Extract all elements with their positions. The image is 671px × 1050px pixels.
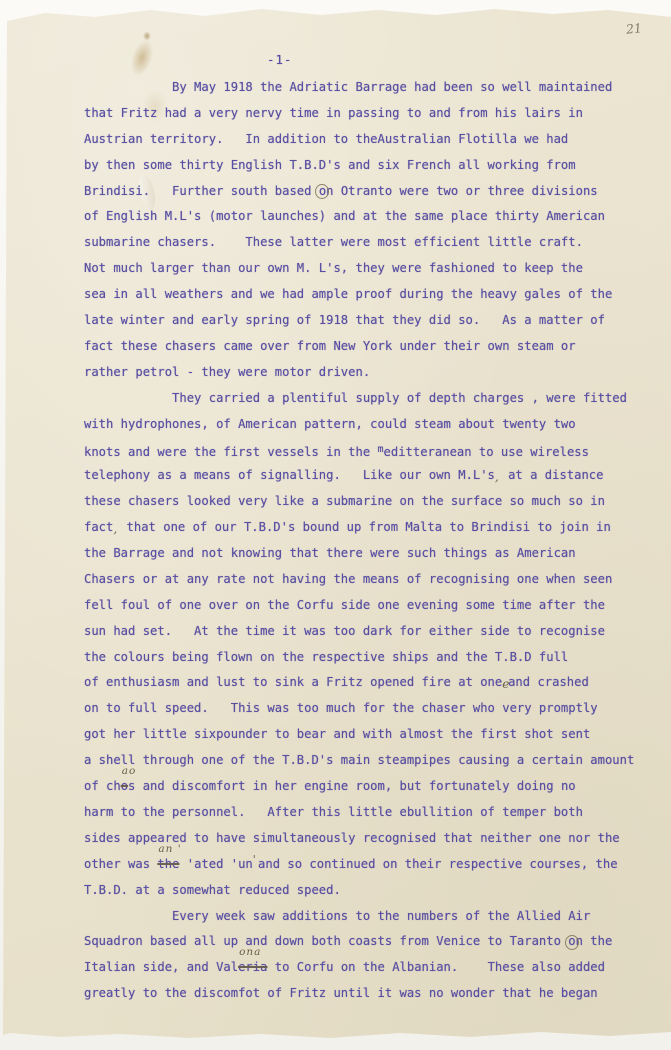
text-line: on to full speed. This was too much for …	[84, 696, 659, 722]
typed-text-segment: Squadron based all up and down both coas…	[84, 934, 568, 948]
document-page: 21 -1- By May 1918 the Adriatic Barrage …	[0, 6, 671, 1044]
typed-text-segment: a shell through one of the T.B.D's main …	[84, 753, 634, 767]
text-line: sun had set. At the time it was too dark…	[84, 619, 659, 645]
text-line: harm to the personnel. After this little…	[84, 800, 659, 826]
text-line: Austrian territory. In addition to theAu…	[84, 127, 659, 153]
typed-text-segment: They carried a plentiful supply of depth…	[84, 391, 627, 405]
paper-stain	[142, 30, 152, 42]
pencil-struck-text: thean '	[157, 857, 179, 871]
typed-text-segment: these chasers looked very like a submari…	[84, 494, 605, 508]
text-line: T.B.D. at a somewhat reduced speed.	[84, 878, 659, 904]
text-line: Italian side, and Valeriaona to Corfu on…	[84, 955, 659, 981]
pencil-circled-text: o	[568, 934, 575, 948]
pencil-handwriting: ,	[113, 517, 119, 543]
typed-text-segment: of enthusiasm and lust to sink a Fritz o…	[84, 675, 502, 689]
pencil-annotation-above: an '	[158, 844, 181, 854]
typed-text-segment: at a distance	[501, 468, 604, 482]
handwritten-page-number: 21	[625, 20, 642, 37]
typed-text-segment: Every week saw additions to the numbers …	[84, 909, 590, 923]
text-line: submarine chasers. These latter were mos…	[84, 230, 659, 256]
text-line: fell foul of one over on the Corfu side …	[84, 593, 659, 619]
pencil-annotation-above: ao	[122, 766, 137, 776]
typed-text-segment: n the	[576, 934, 613, 948]
text-line: Chasers or at any rate not having the me…	[84, 567, 659, 593]
typed-text-segment: submarine chasers. These latter were mos…	[84, 235, 583, 249]
typed-text-segment: and so continued on their respective cou…	[258, 857, 618, 871]
text-line: other was thean ' 'ated 'un'and so conti…	[84, 852, 659, 878]
typed-text-segment: of ch	[84, 779, 121, 793]
pencil-handwriting: e	[502, 672, 508, 698]
typed-text-segment: editteranean to use wireless	[384, 445, 589, 459]
typed-text-segment: fact these chasers came over from New Yo…	[84, 339, 576, 353]
typed-text-segment: that Fritz had a very nervy time in pass…	[84, 106, 583, 120]
typed-text-segment: rather petrol - they were motor driven.	[84, 365, 370, 379]
typed-text-segment: Chasers or at any rate not having the me…	[84, 572, 612, 586]
typed-text-segment: By May 1918 the Adriatic Barrage had bee…	[84, 80, 612, 94]
typed-text-segment: knots and were the first vessels in the	[84, 445, 378, 459]
typed-page-number: -1-	[267, 52, 292, 67]
text-line: fact, that one of our T.B.D's bound up f…	[84, 515, 659, 541]
pencil-struck-text: oao	[121, 779, 128, 793]
typed-text-segment: that one of our T.B.D's bound up from Ma…	[119, 520, 611, 534]
typed-text-segment: T.B.D. at a somewhat reduced speed.	[84, 883, 341, 897]
typed-text-segment: fell foul of one over on the Corfu side …	[84, 598, 605, 612]
text-line: late winter and early spring of 1918 tha…	[84, 308, 659, 334]
text-line: telephony as a means of signalling. Like…	[84, 463, 659, 489]
typed-text-segment: greatly to the discomfot of Fritz until …	[84, 986, 598, 1000]
text-line: Not much larger than our own M. L's, the…	[84, 256, 659, 282]
pencil-handwriting: ,	[495, 465, 501, 491]
typed-text-segment: of English M.L's (motor launches) and at…	[84, 209, 605, 223]
typed-text-segment: harm to the personnel. After this little…	[84, 805, 583, 819]
pencil-circled-text: o	[319, 184, 326, 198]
typed-text-segment: with hydrophones, of American pattern, c…	[84, 417, 576, 431]
typed-text-segment: s and discomfort in her engine room, but…	[128, 779, 576, 793]
typed-text-segment: 'ated 'un	[179, 857, 252, 871]
pencil-struck-text: eriaona	[238, 960, 267, 974]
text-line: greatly to the discomfot of Fritz until …	[84, 981, 659, 1007]
pencil-handwriting: '	[253, 847, 258, 873]
typed-text-segment: got her little sixpounder to bear and wi…	[84, 727, 590, 741]
pencil-annotation-above: ona	[239, 947, 261, 957]
typed-text-segment: the colours being flown on the respectiv…	[84, 650, 568, 664]
text-line: these chasers looked very like a submari…	[84, 489, 659, 515]
typed-text-segment: Austrian territory. In addition to theAu…	[84, 132, 568, 146]
scanned-page-background: 21 -1- By May 1918 the Adriatic Barrage …	[0, 0, 671, 1050]
text-line: sea in all weathers and we had ample pro…	[84, 282, 659, 308]
text-line: of choaos and discomfort in her engine r…	[84, 774, 659, 800]
typed-text-segment: sun had set. At the time it was too dark…	[84, 624, 605, 638]
text-line: Squadron based all up and down both coas…	[84, 929, 659, 955]
text-line: got her little sixpounder to bear and wi…	[84, 722, 659, 748]
text-line: of English M.L's (motor launches) and at…	[84, 204, 659, 230]
text-line: by then some thirty English T.B.D's and …	[84, 153, 659, 179]
text-line: that Fritz had a very nervy time in pass…	[84, 101, 659, 127]
typed-text-segment: on to full speed. This was too much for …	[84, 701, 598, 715]
typed-text-segment: the Barrage and not knowing that there w…	[84, 546, 576, 560]
typed-text-segment: other was	[84, 857, 157, 871]
typed-text-segment: telephony as a means of signalling. Like…	[84, 468, 495, 482]
typed-text-segment: late winter and early spring of 1918 tha…	[84, 313, 605, 327]
typed-text-segment: and crashed	[508, 675, 589, 689]
typed-text-segment: fact	[84, 520, 113, 534]
typed-text-segment: to Corfu on the Albanian. These also add…	[267, 960, 605, 974]
text-line: Every week saw additions to the numbers …	[84, 904, 659, 930]
text-line: the Barrage and not knowing that there w…	[84, 541, 659, 567]
typed-text-segment: n Otranto were two or three divisions	[326, 184, 598, 198]
text-line: knots and were the first vessels in the …	[84, 437, 659, 463]
typed-text-body: By May 1918 the Adriatic Barrage had bee…	[84, 75, 659, 1007]
text-line: Brindisi. Further south based on Otranto…	[84, 179, 659, 205]
text-line: of enthusiasm and lust to sink a Fritz o…	[84, 670, 659, 696]
typed-text-segment: sea in all weathers and we had ample pro…	[84, 287, 612, 301]
typed-text-segment: Not much larger than our own M. L's, the…	[84, 261, 583, 275]
typed-text-segment: by then some thirty English T.B.D's and …	[84, 158, 576, 172]
text-line: fact these chasers came over from New Yo…	[84, 334, 659, 360]
text-line: They carried a plentiful supply of depth…	[84, 386, 659, 412]
typed-text-segment: Italian side, and Val	[84, 960, 238, 974]
text-line: the colours being flown on the respectiv…	[84, 645, 659, 671]
text-line: rather petrol - they were motor driven.	[84, 360, 659, 386]
text-line: By May 1918 the Adriatic Barrage had bee…	[84, 75, 659, 101]
text-line: a shell through one of the T.B.D's main …	[84, 748, 659, 774]
typed-text-segment: Brindisi. Further south based	[84, 184, 319, 198]
text-line: with hydrophones, of American pattern, c…	[84, 412, 659, 438]
